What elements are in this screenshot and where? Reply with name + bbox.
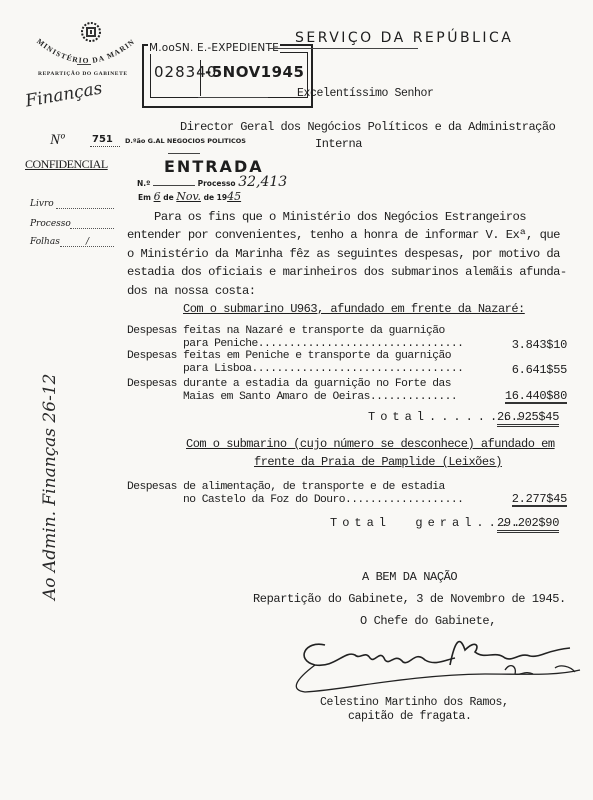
addressee-line-2: Interna [315, 137, 362, 151]
field-separator: / [86, 237, 89, 247]
document-number: 751 [92, 134, 113, 145]
addressee-line-1: Director Geral dos Negócios Políticos e … [180, 120, 555, 134]
grand-total-label: Total geral.... [330, 516, 525, 530]
classification-label: CONFIDENCIAL [25, 157, 108, 172]
expense-description-cont: Maias em Santo Amaro de Oeiras..........… [127, 391, 567, 404]
expense-amount: 16.440$80 [505, 390, 567, 405]
em-label: Em [138, 193, 151, 202]
signatory-rank: capitão de fragata. [348, 710, 472, 723]
n-label: N.º [137, 179, 150, 188]
expense-row: Despesas feitas na Nazaré e transporte d… [127, 325, 567, 351]
field-line [56, 208, 114, 209]
field-label: Folhas [30, 237, 60, 247]
stamp-header: M.ooSN. E.-EXPEDIENTE [148, 42, 280, 54]
department-name: REPARTIÇÃO DO GABINETE [38, 71, 128, 77]
closing-place-date: Repartição do Gabinete, 3 de Novembro de… [253, 592, 566, 606]
entry-day: 6 [154, 190, 161, 203]
body-line: Para os fins que o Ministério dos Negóci… [127, 208, 577, 226]
section-2-title-line-2: frente da Praia de Pamplide (Leixões) [254, 455, 502, 469]
n-line [153, 185, 195, 186]
expense-description: Despesas feitas em Peniche e transporte … [127, 350, 567, 363]
expense-description-cont: para Lisboa.............................… [127, 363, 567, 376]
body-line: estadia dos oficiais e marinheiros dos s… [127, 263, 577, 281]
handwritten-note: Finanças [24, 78, 104, 111]
grand-total: 29.202$90 [497, 516, 559, 533]
divider [77, 64, 91, 65]
processo-row: N.º Processo 32,413 [137, 174, 287, 190]
closing-role: O Chefe do Gabinete, [360, 614, 496, 628]
de-label: de [163, 193, 173, 202]
expense-description: Despesas feitas na Nazaré e transporte d… [127, 325, 567, 338]
body-line: entender por convenientes, tenho a honra… [127, 226, 577, 244]
title-underline [268, 48, 418, 49]
expense-row: Despesas durante a estadia da guarnição … [127, 378, 567, 404]
salutation: Excelentíssimo Senhor [297, 87, 434, 100]
entry-year: 45 [227, 190, 241, 203]
page-title: SERVIÇO DA REPÚBLICA [295, 30, 513, 46]
section-2-title-line-1: Com o submarino (cujo número se desconhe… [186, 437, 555, 451]
field-label: Livro [30, 199, 54, 209]
section-1-title: Com o submarino U963, afundado em frente… [183, 302, 525, 316]
expense-description: Despesas durante a estadia da guarnição … [127, 378, 567, 391]
entry-month: Nov. [176, 190, 201, 203]
year-label: de 19 [204, 193, 228, 202]
expense-amount: 6.641$55 [512, 364, 567, 377]
body-paragraph: Para os fins que o Ministério dos Negóci… [127, 208, 577, 300]
stamp-date: -5NOV1945 [205, 63, 304, 81]
section-1-total: 26.925$45 [497, 410, 559, 427]
field-label: Processo [30, 219, 71, 229]
entrada-date-row: Em 6 de Nov. de 1945 [138, 190, 241, 203]
form-field-folhas: Folhas / [30, 237, 60, 247]
form-field-livro: Livro [30, 199, 54, 209]
signatory-name: Celestino Martinho dos Ramos, [320, 696, 509, 709]
closing-motto: A BEM DA NAÇÃO [362, 570, 457, 584]
expense-amount: 2.277$45 [512, 493, 567, 508]
stamp-divider [200, 60, 201, 96]
signature [285, 630, 585, 700]
expense-description-cont: para Peniche............................… [127, 338, 567, 351]
document-page: MINISTÉRIO DA MARINHA REPARTIÇÃO DO GABI… [0, 0, 593, 800]
form-field-processo: Processo [30, 219, 71, 229]
expense-row: Despesas feitas em Peniche e transporte … [127, 350, 567, 376]
section-underline [168, 153, 200, 154]
expense-description: Despesas de alimentação, de transporte e… [127, 481, 567, 494]
number-underline [90, 146, 120, 147]
expense-description-cont: no Castelo da Foz do Douro..............… [127, 494, 567, 507]
processo-number: 32,413 [238, 174, 287, 190]
body-line: o Ministério da Marinha fêz as seguintes… [127, 245, 577, 263]
expense-row: Despesas de alimentação, de transporte e… [127, 481, 567, 507]
margin-handwritten-note: Ao Admin. Finanças 26-12 [40, 374, 60, 600]
stamp-underline [198, 97, 268, 98]
number-label: Nº [50, 132, 65, 149]
field-line [70, 228, 114, 229]
section-stamp: D.ºão G.AL NEGOCIOS POLITICOS [125, 137, 246, 145]
body-line: dos na nossa costa: [127, 282, 577, 300]
processo-label: Processo [198, 179, 236, 188]
